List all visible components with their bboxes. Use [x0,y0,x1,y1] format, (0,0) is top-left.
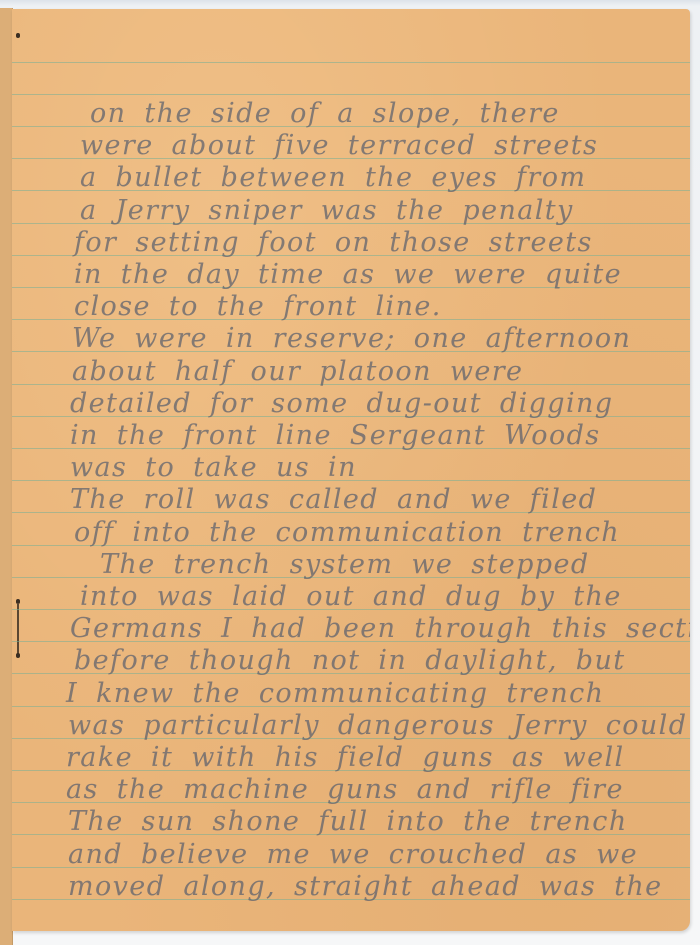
binding-hole [16,653,20,658]
handwritten-line: about half our platoon were [72,356,680,388]
handwritten-line: close to the front line. [74,291,680,323]
handwritten-line: for setting foot on those streets [74,227,680,259]
handwritten-line: We were in reserve; one afternoon [72,323,680,355]
handwritten-line: were about five terraced streets [80,130,680,162]
handwritten-line: and believe me we crouched as we [68,839,680,871]
handwritten-line: I knew the communicating trench [66,678,680,710]
binding-hole [16,33,20,38]
handwritten-line: was particularly dangerous Jerry could [68,710,680,742]
handwritten-line: on the side of a slope, there [90,98,680,130]
handwritten-line: off into the communication trench [74,517,680,549]
ruled-line [12,62,690,63]
handwritten-line: Germans I had been through this section [70,613,680,645]
handwritten-line: before though not in daylight, but [74,645,680,677]
handwritten-line: was to take us in [70,452,680,484]
notebook-page: on the side of a slope, therewere about … [12,9,690,931]
handwritten-line: The roll was called and we filed [70,484,680,516]
handwritten-line: a bullet between the eyes from [80,162,680,194]
binding-thread [17,603,19,655]
handwritten-line: The trench system we stepped [100,549,680,581]
handwritten-line: rake it with his field guns as well [66,742,680,774]
handwritten-line: The sun shone full into the trench [68,806,680,838]
ruled-line [12,94,690,95]
handwritten-line: in the front line Sergeant Woods [70,420,680,452]
handwritten-line: a Jerry sniper was the penalty [80,195,680,227]
handwritten-line: detailed for some dug-out digging [70,388,680,420]
handwritten-line: into was laid out and dug by the [80,581,680,613]
handwritten-line: moved along, straight ahead was the [68,871,680,903]
handwritten-line: in the day time as we were quite [74,259,680,291]
handwritten-line: as the machine guns and rifle fire [66,774,680,806]
